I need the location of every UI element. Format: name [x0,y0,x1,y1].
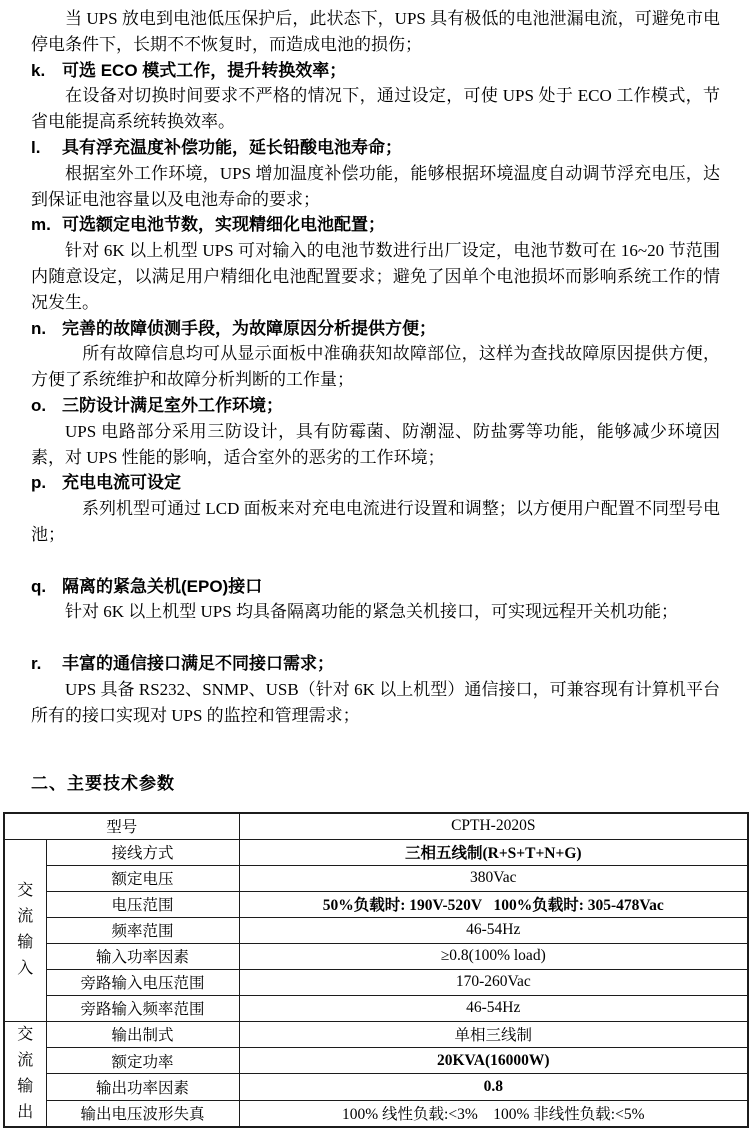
spec-row-label: 旁路输入频率范围 [46,995,239,1021]
paragraph-intro: 当 UPS 放电到电池低压保护后，此状态下，UPS 具有极低的电池泄漏电流，可避… [31,6,720,58]
document-page: 当 UPS 放电到电池低压保护后，此状态下，UPS 具有极低的电池泄漏电流，可避… [0,0,750,1137]
spec-model-value: CPTH-2020S [239,813,748,839]
spec-group-label-ac-input: 交流输入 [4,839,46,1021]
spec-row-label: 频率范围 [46,917,239,943]
feature-marker: m. [31,212,62,238]
feature-heading: 隔离的紧急关机(EPO)接口 [62,574,720,600]
table-row: 电压范围 50%负载时: 190V-520V 100%负载时: 305-478V… [4,891,748,917]
feature-item-k: k. 可选 ECO 模式工作，提升转换效率； [31,58,720,84]
spec-row-value: 100% 线性负载:<3% 100% 非线性负载:<5% [239,1100,748,1126]
feature-body: 系列机型可通过 LCD 面板来对充电电流进行设置和调整；以方便用户配置不同型号电… [31,496,720,548]
spec-row-label: 电压范围 [46,891,239,917]
spec-row-value: 170-260Vac [239,969,748,995]
table-row: 额定电压 380Vac [4,865,748,891]
feature-body: 针对 6K 以上机型 UPS 均具备隔离功能的紧急关机接口，可实现远程开关机功能… [31,599,720,625]
spec-group-label-ac-output: 交流输出 [4,1021,46,1127]
feature-item-q: q. 隔离的紧急关机(EPO)接口 [31,574,720,600]
spec-row-value: 380Vac [239,865,748,891]
table-row: 旁路输入电压范围 170-260Vac [4,969,748,995]
feature-marker: r. [31,651,62,677]
table-row: 交流输入 接线方式 三相五线制(R+S+T+N+G) [4,839,748,865]
spec-row-value: 50%负载时: 190V-520V 100%负载时: 305-478Vac [239,891,748,917]
feature-item-m: m. 可选额定电池节数，实现精细化电池配置； [31,212,720,238]
table-row: 频率范围 46-54Hz [4,917,748,943]
spec-row-label: 输出电压波形失真 [46,1100,239,1126]
table-row: 输出功率因素 0.8 [4,1074,748,1100]
spec-row-label: 输出功率因素 [46,1074,239,1100]
spec-row-label: 额定功率 [46,1047,239,1073]
feature-body: UPS 具备 RS232、SNMP、USB（针对 6K 以上机型）通信接口，可兼… [31,677,720,729]
feature-heading: 丰富的通信接口满足不同接口需求； [62,651,720,677]
spec-row-label: 旁路输入电压范围 [46,969,239,995]
feature-body: 针对 6K 以上机型 UPS 可对输入的电池节数进行出厂设定，电池节数可在 16… [31,238,720,315]
feature-heading: 可选 ECO 模式工作，提升转换效率； [62,58,720,84]
section-heading: 二、主要技术参数 [31,771,720,797]
spec-row-value: 0.8 [239,1074,748,1100]
spec-row-value: 三相五线制(R+S+T+N+G) [239,839,748,865]
feature-heading: 可选额定电池节数，实现精细化电池配置； [62,212,720,238]
table-row: 输入功率因素 ≥0.8(100% load) [4,943,748,969]
spec-row-label: 输出制式 [46,1021,239,1047]
feature-item-r: r. 丰富的通信接口满足不同接口需求； [31,651,720,677]
feature-marker: k. [31,58,62,84]
feature-body: UPS 电路部分采用三防设计，具有防霉菌、防潮湿、防盐雾等功能，能够减少环境因素… [31,419,720,471]
feature-body: 根据室外工作环境，UPS 增加温度补偿功能，能够根据环境温度自动调节浮充电压，达… [31,161,720,213]
table-row: 输出电压波形失真 100% 线性负载:<3% 100% 非线性负载:<5% [4,1100,748,1126]
spec-row-value: 单相三线制 [239,1021,748,1047]
feature-marker: l. [31,135,62,161]
feature-heading: 具有浮充温度补偿功能，延长铅酸电池寿命； [62,135,720,161]
spec-row-value: 46-54Hz [239,995,748,1021]
table-row: 额定功率 20KVA(16000W) [4,1047,748,1073]
feature-body: 所有故障信息均可从显示面板中准确获知故障部位，这样为查找故障原因提供方便，方便了… [31,341,720,393]
spec-row-value: 46-54Hz [239,917,748,943]
spec-row-value: 20KVA(16000W) [239,1047,748,1073]
feature-marker: p. [31,470,62,496]
feature-item-l: l. 具有浮充温度补偿功能，延长铅酸电池寿命； [31,135,720,161]
feature-item-n: n. 完善的故障侦测手段，为故障原因分析提供方便； [31,316,720,342]
spec-table: 型号 CPTH-2020S 交流输入 接线方式 三相五线制(R+S+T+N+G)… [3,812,749,1128]
spec-row-label: 额定电压 [46,865,239,891]
document-body: 当 UPS 放电到电池低压保护后，此状态下，UPS 具有极低的电池泄漏电流，可避… [0,0,750,812]
feature-body: 在设备对切换时间要求不严格的情况下，通过设定，可使 UPS 处于 ECO 工作模… [31,83,720,135]
spec-row-value: ≥0.8(100% load) [239,943,748,969]
feature-marker: n. [31,316,62,342]
feature-marker: o. [31,393,62,419]
table-row: 旁路输入频率范围 46-54Hz [4,995,748,1021]
table-row-model: 型号 CPTH-2020S [4,813,748,839]
feature-marker: q. [31,574,62,600]
feature-item-o: o. 三防设计满足室外工作环境； [31,393,720,419]
spec-row-label: 接线方式 [46,839,239,865]
feature-item-p: p. 充电电流可设定 [31,470,720,496]
feature-heading: 充电电流可设定 [62,470,720,496]
feature-heading: 完善的故障侦测手段，为故障原因分析提供方便； [62,316,720,342]
feature-heading: 三防设计满足室外工作环境； [62,393,720,419]
spec-model-label: 型号 [4,813,239,839]
table-row: 交流输出 输出制式 单相三线制 [4,1021,748,1047]
spec-row-label: 输入功率因素 [46,943,239,969]
